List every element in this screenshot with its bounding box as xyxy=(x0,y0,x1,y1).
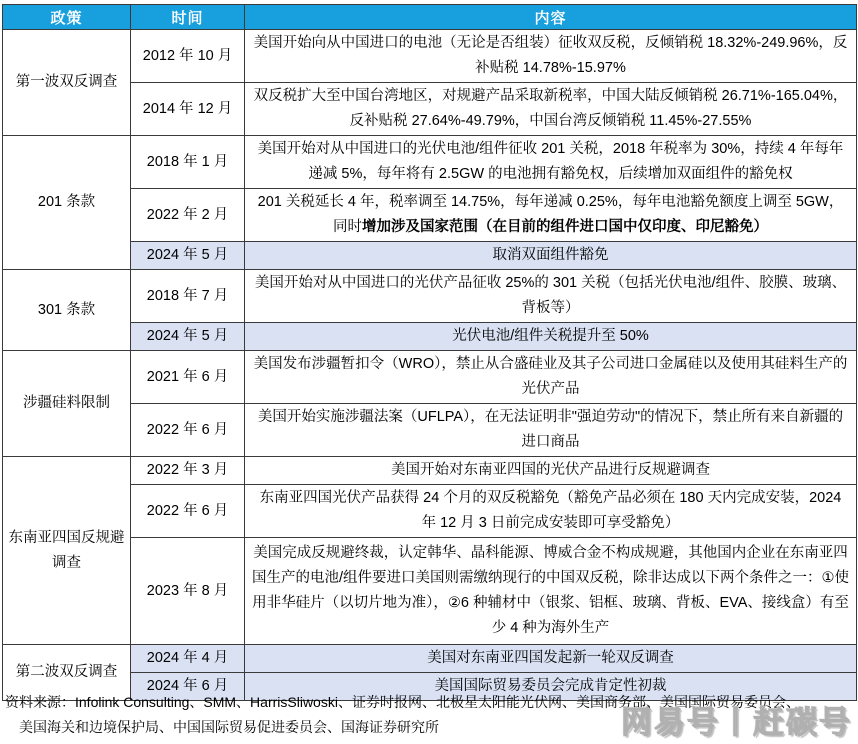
policy-cell: 301 条款 xyxy=(3,270,131,351)
content-cell: 美国完成反规避终裁，认定韩华、晶科能源、博威合金不构成规避，其他国内企业在东南亚… xyxy=(245,538,857,645)
policy-cell: 第一波双反调查 xyxy=(3,30,131,136)
content-cell: 201 关税延长 4 年，税率调至 14.75%，每年递减 0.25%，每年电池… xyxy=(245,189,857,242)
time-cell: 2023 年 8 月 xyxy=(131,538,245,645)
col-header-policy: 政策 xyxy=(3,5,131,30)
time-cell: 2024 年 5 月 xyxy=(131,323,245,351)
policy-cell: 涉疆硅料限制 xyxy=(3,351,131,457)
time-cell: 2022 年 3 月 xyxy=(131,457,245,485)
table-row: 201 条款 2018 年 1 月 美国开始对从中国进口的光伏电池/组件征收 2… xyxy=(3,136,857,189)
content-cell: 美国发布涉疆暂扣令（WRO），禁止从合盛硅业及其子公司进口金属硅以及使用其硅料生… xyxy=(245,351,857,404)
time-cell: 2022 年 2 月 xyxy=(131,189,245,242)
table-row: 301 条款 2018 年 7 月 美国开始对从中国进口的光伏产品征收 25%的… xyxy=(3,270,857,323)
content-cell: 美国对东南亚四国发起新一轮双反调查 xyxy=(245,645,857,673)
content-cell: 美国开始对从中国进口的光伏电池/组件征收 201 关税，2018 年税率为 30… xyxy=(245,136,857,189)
table-row: 2022 年 6 月 东南亚四国光伏产品获得 24 个月的双反税豁免（豁免产品必… xyxy=(3,485,857,538)
col-header-content: 内容 xyxy=(245,5,857,30)
time-cell: 2022 年 6 月 xyxy=(131,404,245,457)
table-row: 第一波双反调查 2012 年 10 月 美国开始向从中国进口的电池（无论是否组装… xyxy=(3,30,857,83)
content-cell: 双反税扩大至中国台湾地区，对规避产品采取新税率，中国大陆反倾销税 26.71%-… xyxy=(245,83,857,136)
content-cell: 取消双面组件豁免 xyxy=(245,242,857,270)
table-row: 2023 年 8 月 美国完成反规避终裁，认定韩华、晶科能源、博威合金不构成规避… xyxy=(3,538,857,645)
table-row: 东南亚四国反规避调查 2022 年 3 月 美国开始对东南亚四国的光伏产品进行反… xyxy=(3,457,857,485)
header-row: 政策 时间 内容 xyxy=(3,5,857,30)
table-row-highlighted: 2024 年 5 月 取消双面组件豁免 xyxy=(3,242,857,270)
netease-watermark: 网易号丨赶碳号 xyxy=(621,697,852,742)
time-cell: 2024 年 4 月 xyxy=(131,645,245,673)
content-text-bold: 增加涉及国家范围（在目前的组件进口国中仅印度、印尼豁免） xyxy=(362,219,768,235)
content-cell: 美国开始对从中国进口的光伏产品征收 25%的 301 关税（包括光伏电池/组件、… xyxy=(245,270,857,323)
content-cell: 美国开始向从中国进口的电池（无论是否组装）征收双反税，反倾销税 18.32%-2… xyxy=(245,30,857,83)
content-cell: 美国开始对东南亚四国的光伏产品进行反规避调查 xyxy=(245,457,857,485)
time-cell: 2022 年 6 月 xyxy=(131,485,245,538)
us-pv-trade-policy-table: 政策 时间 内容 第一波双反调查 2012 年 10 月 美国开始向从中国进口的… xyxy=(2,4,857,701)
content-cell: 东南亚四国光伏产品获得 24 个月的双反税豁免（豁免产品必须在 180 天内完成… xyxy=(245,485,857,538)
table-row-highlighted: 2024 年 5 月 光伏电池/组件关税提升至 50% xyxy=(3,323,857,351)
content-cell: 美国开始实施涉疆法案（UFLPA），在无法证明非"强迫劳动"的情况下，禁止所有来… xyxy=(245,404,857,457)
policy-table-container: 政策 时间 内容 第一波双反调查 2012 年 10 月 美国开始向从中国进口的… xyxy=(2,4,856,701)
table-row: 涉疆硅料限制 2021 年 6 月 美国发布涉疆暂扣令（WRO），禁止从合盛硅业… xyxy=(3,351,857,404)
table-row: 2022 年 2 月 201 关税延长 4 年，税率调至 14.75%，每年递减… xyxy=(3,189,857,242)
table-row-highlighted: 第二波双反调查 2024 年 4 月 美国对东南亚四国发起新一轮双反调查 xyxy=(3,645,857,673)
policy-cell: 201 条款 xyxy=(3,136,131,270)
table-row: 2014 年 12 月 双反税扩大至中国台湾地区，对规避产品采取新税率，中国大陆… xyxy=(3,83,857,136)
time-cell: 2018 年 1 月 xyxy=(131,136,245,189)
time-cell: 2024 年 5 月 xyxy=(131,242,245,270)
time-cell: 2012 年 10 月 xyxy=(131,30,245,83)
col-header-time: 时间 xyxy=(131,5,245,30)
time-cell: 2014 年 12 月 xyxy=(131,83,245,136)
content-cell: 光伏电池/组件关税提升至 50% xyxy=(245,323,857,351)
table-row: 2022 年 6 月 美国开始实施涉疆法案（UFLPA），在无法证明非"强迫劳动… xyxy=(3,404,857,457)
policy-cell: 东南亚四国反规避调查 xyxy=(3,457,131,645)
time-cell: 2021 年 6 月 xyxy=(131,351,245,404)
time-cell: 2018 年 7 月 xyxy=(131,270,245,323)
